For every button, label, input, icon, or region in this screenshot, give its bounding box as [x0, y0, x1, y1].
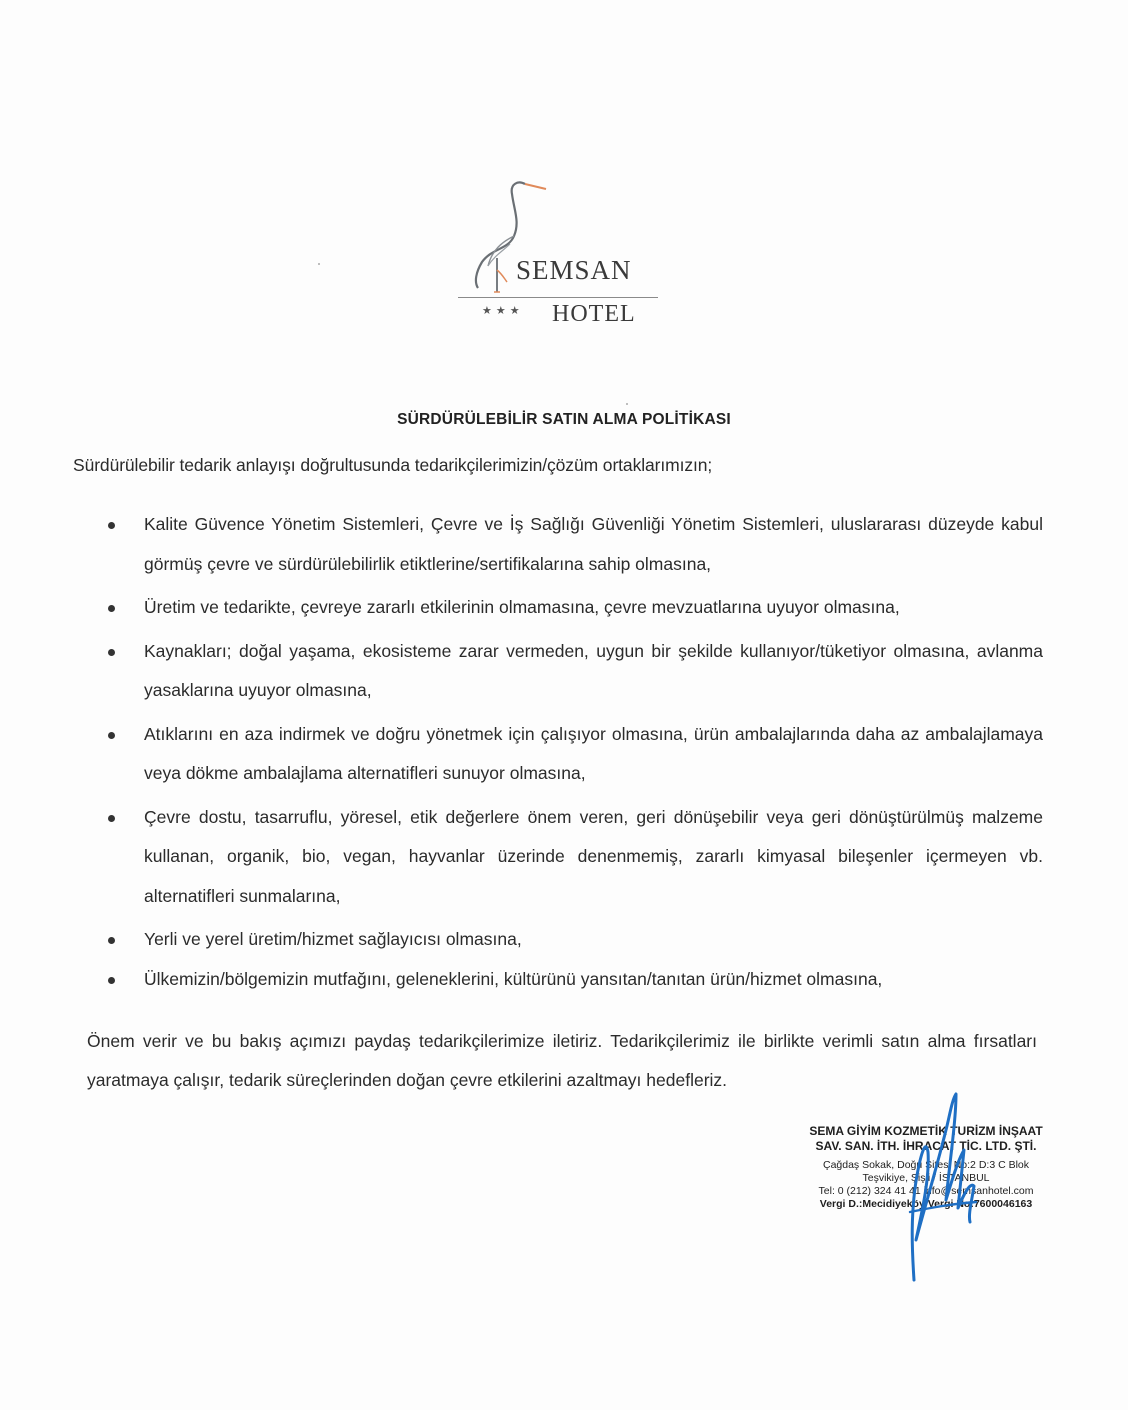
- hotel-logo: SEMSAN ★★★ HOTEL: [448, 170, 668, 335]
- logo-name: SEMSAN: [516, 255, 632, 286]
- bullet-icon: [108, 977, 115, 984]
- document-title: SÜRDÜRÜLEBİLİR SATIN ALMA POLİTİKASI: [0, 411, 1128, 429]
- list-item: Yerli ve yerel üretim/hizmet sağlayıcısı…: [108, 920, 1043, 960]
- scan-speck: [318, 263, 320, 265]
- closing-paragraph: Önem verir ve bu bakış açımızı paydaş te…: [87, 1022, 1037, 1100]
- intro-paragraph: Sürdürülebilir tedarik anlayışı doğrultu…: [73, 455, 712, 476]
- list-item: Kaynakları; doğal yaşama, ekosisteme zar…: [108, 632, 1043, 711]
- bullet-icon: [108, 649, 115, 656]
- list-item: Kalite Güvence Yönetim Sistemleri, Çevre…: [108, 505, 1043, 584]
- logo-divider: [458, 297, 658, 298]
- bullet-icon: [108, 732, 115, 739]
- list-item: Atıklarını en aza indirmek ve doğru yöne…: [108, 715, 1043, 794]
- signature-icon: [880, 1090, 990, 1290]
- bullet-icon: [108, 522, 115, 529]
- list-item: Üretim ve tedarikte, çevreye zararlı etk…: [108, 588, 1043, 628]
- policy-list: Kalite Güvence Yönetim Sistemleri, Çevre…: [108, 505, 1043, 999]
- bullet-icon: [108, 937, 115, 944]
- logo-subtitle: HOTEL: [552, 301, 636, 328]
- star-rating-icon: ★★★: [482, 304, 524, 317]
- list-item: Çevre dostu, tasarruflu, yöresel, etik d…: [108, 798, 1043, 917]
- bullet-icon: [108, 815, 115, 822]
- scan-speck: [626, 403, 628, 405]
- bullet-icon: [108, 605, 115, 612]
- list-item: Ülkemizin/bölgemizin mutfağını, gelenekl…: [108, 960, 1043, 1000]
